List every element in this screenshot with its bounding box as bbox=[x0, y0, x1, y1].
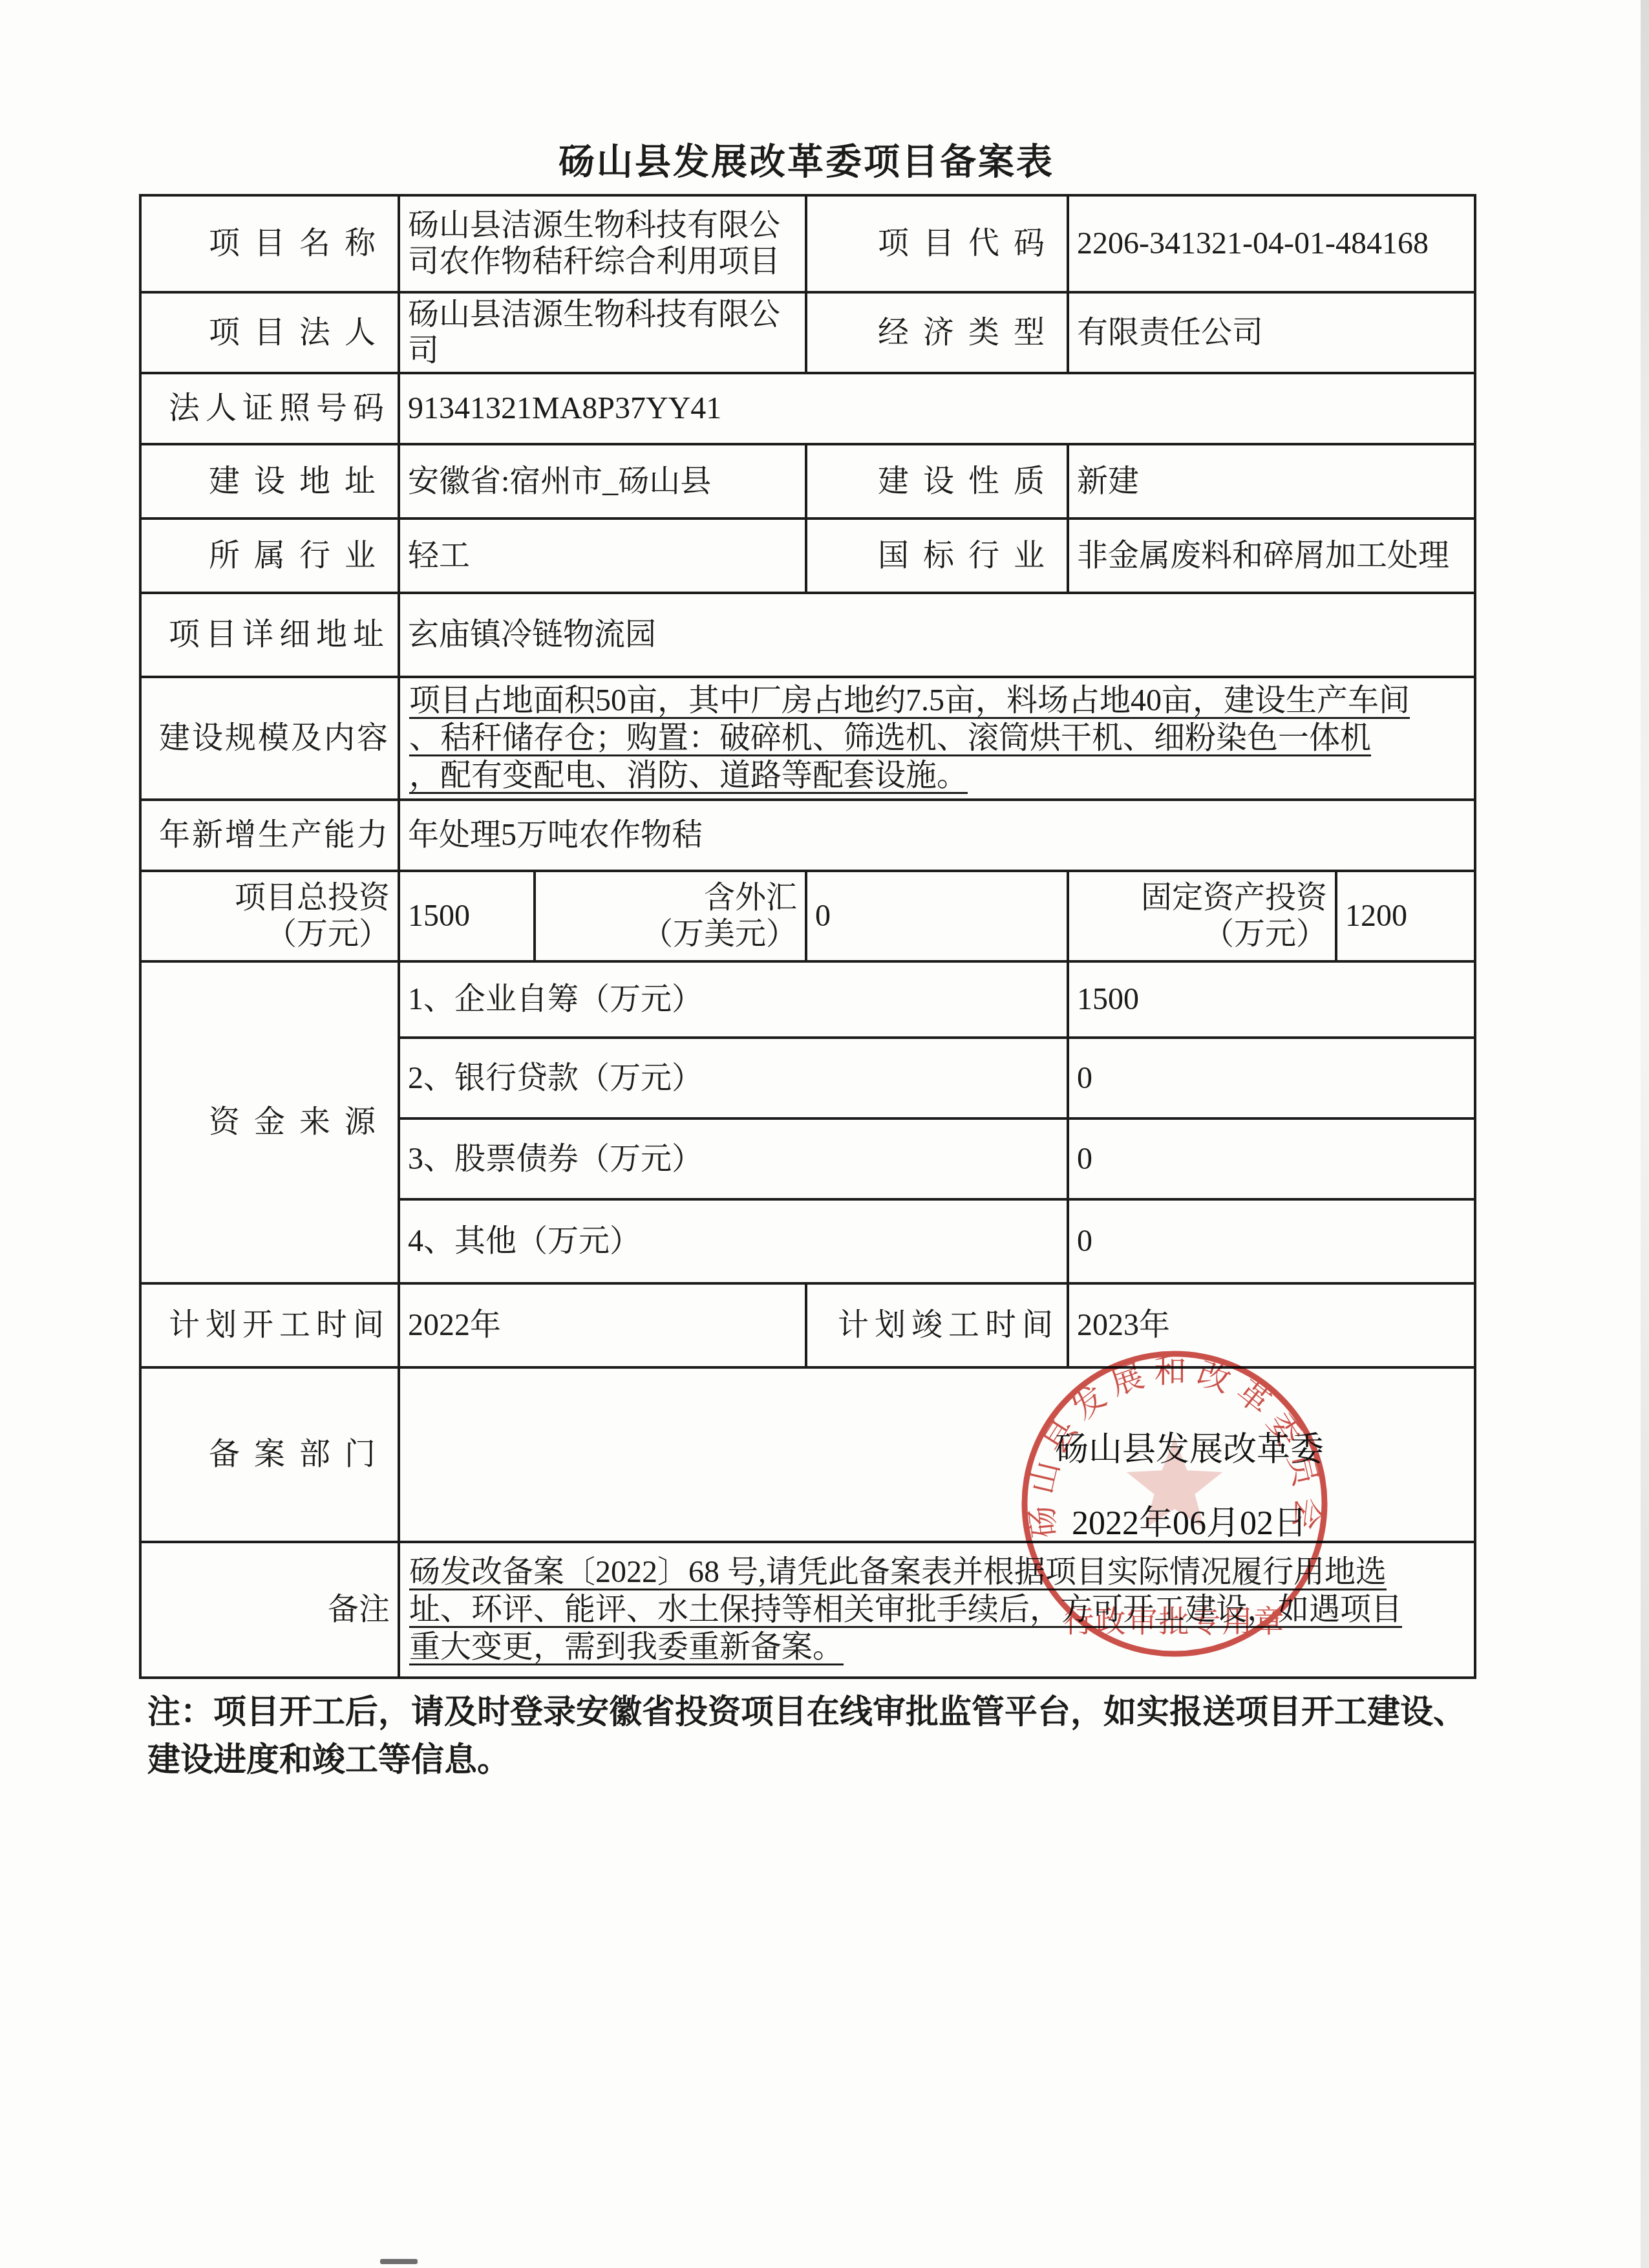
table-row: 项目名称 砀山县洁源生物科技有限公司农作物秸秆综合利用项目 项目代码 2206-… bbox=[140, 195, 1475, 292]
filing-department-name: 砀山县发展改革委 bbox=[970, 1430, 1409, 1470]
legal-person-value: 砀山县洁源生物科技有限公司 bbox=[399, 292, 806, 373]
total-investment-label: 项目总投资 （万元） bbox=[140, 871, 399, 961]
footnote: 注：项目开工后，请及时登录安徽省投资项目在线审批监管平台，如实报送项目开工建设、… bbox=[147, 1689, 1511, 1784]
total-investment-value: 1500 bbox=[399, 871, 535, 961]
funding-item-value: 0 bbox=[1068, 1038, 1475, 1118]
funding-item-label: 1、企业自筹（万元） bbox=[399, 961, 1068, 1038]
legal-person-label: 项目法人 bbox=[140, 292, 399, 373]
gb-industry-label: 国标行业 bbox=[806, 519, 1068, 593]
table-row: 所属行业 轻工 国标行业 非金属废料和碎屑加工处理 bbox=[140, 519, 1475, 593]
new-capacity-value: 年处理5万吨农作物秸 bbox=[399, 800, 1475, 871]
industry-label: 所属行业 bbox=[140, 519, 399, 593]
project-code-label: 项目代码 bbox=[806, 195, 1068, 292]
economic-type-label: 经济类型 bbox=[806, 292, 1068, 373]
construction-nature-label: 建设性质 bbox=[806, 444, 1068, 519]
funding-item-value: 0 bbox=[1068, 1199, 1475, 1283]
scale-content-value: 项目占地面积50亩，其中厂房占地约7.5亩，料场占地40亩，建设生产车间 、秸秆… bbox=[399, 677, 1475, 800]
table-row: 项目详细地址 玄庙镇冷链物流园 bbox=[140, 593, 1475, 677]
remark-label: 备注 bbox=[140, 1542, 399, 1678]
filing-department-label: 备案部门 bbox=[140, 1367, 399, 1542]
project-code-value: 2206-341321-04-01-484168 bbox=[1068, 195, 1475, 292]
table-row: 建设地址 安徽省:宿州市_砀山县 建设性质 新建 bbox=[140, 444, 1475, 519]
construction-address-label: 建设地址 bbox=[140, 444, 399, 519]
license-number-value: 91341321MA8P37YY41 bbox=[399, 373, 1475, 444]
table-row: 法人证照号码 91341321MA8P37YY41 bbox=[140, 373, 1475, 444]
seal-bottom-text: 行政审批专用章 bbox=[1064, 1605, 1286, 1639]
scale-content-label: 建设规模及内容 bbox=[140, 677, 399, 800]
new-capacity-label: 年新增生产能力 bbox=[140, 800, 399, 871]
scan-edge-artifact bbox=[1641, 0, 1649, 2268]
planned-start-value: 2022年 bbox=[399, 1283, 806, 1367]
detail-address-label: 项目详细地址 bbox=[140, 593, 399, 677]
fixed-investment-label: 固定资产投资 （万元） bbox=[1068, 871, 1336, 961]
filing-date: 2022年06月02日 bbox=[970, 1504, 1409, 1544]
table-row: 项目总投资 （万元） 1500 含外汇 （万美元） 0 固定资产投资 （万元） … bbox=[140, 871, 1475, 961]
page-title: 砀山县发展改革委项目备案表 bbox=[139, 133, 1474, 185]
scan-mark-artifact bbox=[380, 2259, 418, 2264]
construction-nature-value: 新建 bbox=[1068, 444, 1475, 519]
project-name-label: 项目名称 bbox=[140, 195, 399, 292]
forex-label: 含外汇 （万美元） bbox=[535, 871, 806, 961]
table-row: 建设规模及内容 项目占地面积50亩，其中厂房占地约7.5亩，料场占地40亩，建设… bbox=[140, 677, 1475, 800]
filing-department-overlay: 砀山县发展改革委 2022年06月02日 bbox=[970, 1430, 1409, 1544]
funding-item-label: 2、银行贷款（万元） bbox=[399, 1038, 1068, 1118]
fixed-investment-value: 1200 bbox=[1336, 871, 1475, 961]
funding-item-label: 3、股票债券（万元） bbox=[399, 1118, 1068, 1199]
table-row: 资金来源 1、企业自筹（万元） 1500 bbox=[140, 961, 1475, 1038]
funding-item-label: 4、其他（万元） bbox=[399, 1199, 1068, 1283]
industry-value: 轻工 bbox=[399, 519, 806, 593]
funding-item-value: 0 bbox=[1068, 1118, 1475, 1199]
table-row: 年新增生产能力 年处理5万吨农作物秸 bbox=[140, 800, 1475, 871]
detail-address-value: 玄庙镇冷链物流园 bbox=[399, 593, 1475, 677]
gb-industry-value: 非金属废料和碎屑加工处理 bbox=[1068, 519, 1475, 593]
funding-source-label: 资金来源 bbox=[140, 961, 399, 1283]
scanned-document-page: 砀山县发展改革委项目备案表 项目名称 砀山县洁源生物科技有限公司农作物秸秆综合利… bbox=[0, 0, 1649, 2268]
license-number-label: 法人证照号码 bbox=[140, 373, 399, 444]
economic-type-value: 有限责任公司 bbox=[1068, 292, 1475, 373]
table-row: 项目法人 砀山县洁源生物科技有限公司 经济类型 有限责任公司 bbox=[140, 292, 1475, 373]
project-name-value: 砀山县洁源生物科技有限公司农作物秸秆综合利用项目 bbox=[399, 195, 806, 292]
construction-address-value: 安徽省:宿州市_砀山县 bbox=[399, 444, 806, 519]
funding-item-value: 1500 bbox=[1068, 961, 1475, 1038]
planned-start-label: 计划开工时间 bbox=[140, 1283, 399, 1367]
forex-value: 0 bbox=[806, 871, 1068, 961]
